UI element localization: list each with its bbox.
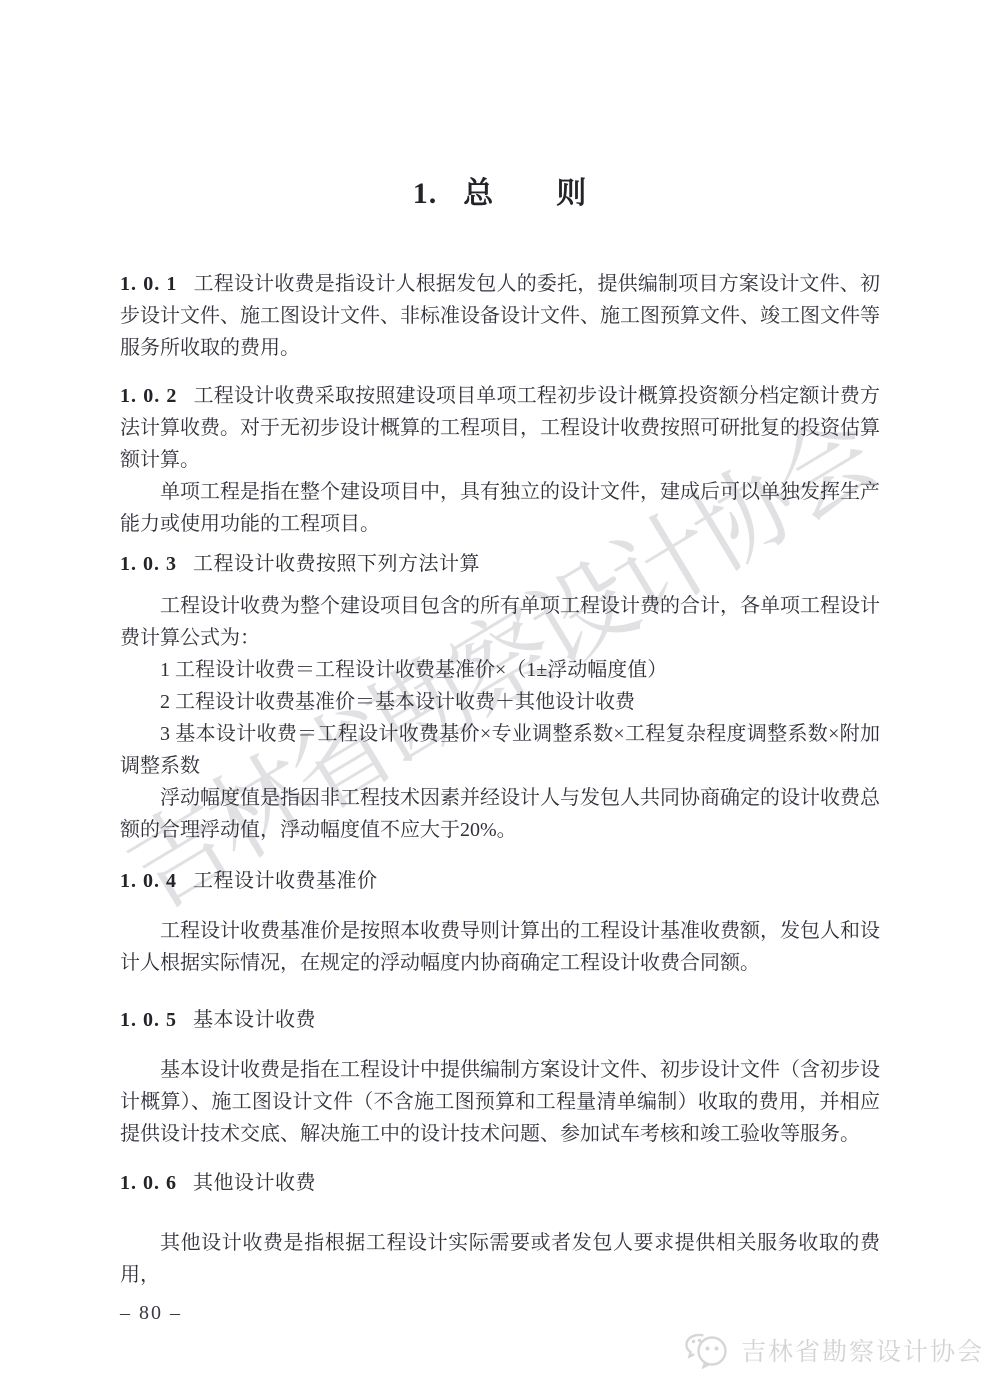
page-number: – 80 – bbox=[120, 1297, 880, 1329]
clause-1-0-5-title: 基本设计收费 bbox=[193, 1009, 316, 1031]
chapter-number: 1. bbox=[413, 177, 438, 210]
clause-1-0-3-title: 工程设计收费按照下列方法计算 bbox=[193, 553, 480, 575]
clause-1-0-3-formula-2: 2 工程设计收费基准价＝基本设计收费＋其他设计收费 bbox=[120, 686, 880, 718]
clause-1-0-4-title: 工程设计收费基准价 bbox=[193, 870, 378, 892]
clause-1-0-3-intro: 工程设计收费为整个建设项目包含的所有单项工程设计费的合计，各单项工程设计费计算公… bbox=[120, 590, 880, 654]
clause-1-0-6-number: 1. 0. 6 bbox=[120, 1172, 177, 1194]
chapter-title-word-2: 则 bbox=[556, 177, 587, 210]
clause-1-0-4-number: 1. 0. 4 bbox=[120, 870, 177, 892]
clause-1-0-4-body: 工程设计收费基准价是按照本收费导则计算出的工程设计基准收费额，发包人和设计人根据… bbox=[120, 915, 880, 979]
clause-1-0-4-heading: 1. 0. 4工程设计收费基准价 bbox=[120, 865, 880, 897]
wechat-logo-icon bbox=[683, 1331, 733, 1369]
footer-brand-bar: 吉林省勘察设计协会 bbox=[683, 1331, 984, 1369]
clause-1-0-2-body: 工程设计收费采取按照建设项目单项工程初步设计概算投资额分档定额计费方法计算收费。… bbox=[120, 385, 880, 471]
clause-1-0-3-note: 浮动幅度值是指因非工程技术因素并经设计人与发包人共同协商确定的设计收费总额的合理… bbox=[120, 782, 880, 846]
clause-1-0-1-number: 1. 0. 1 bbox=[120, 273, 177, 295]
footer-brand-text: 吉林省勘察设计协会 bbox=[741, 1332, 984, 1368]
chapter-title-word-1: 总 bbox=[463, 177, 494, 210]
page-content: 1.总则 1. 0. 1工程设计收费是指设计人根据发包人的委托，提供编制项目方案… bbox=[0, 172, 1000, 1329]
clause-1-0-2-paragraph-2: 单项工程是指在整个建设项目中，具有独立的设计文件，建成后可以单独发挥生产能力或使… bbox=[120, 476, 880, 540]
clause-1-0-5-number: 1. 0. 5 bbox=[120, 1009, 177, 1031]
clause-1-0-6-title: 其他设计收费 bbox=[193, 1172, 316, 1194]
clause-1-0-6-heading: 1. 0. 6其他设计收费 bbox=[120, 1167, 880, 1199]
clause-1-0-5-heading: 1. 0. 5基本设计收费 bbox=[120, 1004, 880, 1036]
clause-1-0-3-heading: 1. 0. 3工程设计收费按照下列方法计算 bbox=[120, 548, 880, 580]
document-page: 吉林省勘察设计协会 1.总则 1. 0. 1工程设计收费是指设计人根据发包人的委… bbox=[0, 0, 1000, 1393]
clause-1-0-5-body: 基本设计收费是指在工程设计中提供编制方案设计文件、初步设计文件（含初步设计概算）… bbox=[120, 1054, 880, 1150]
clause-1-0-2: 1. 0. 2工程设计收费采取按照建设项目单项工程初步设计概算投资额分档定额计费… bbox=[120, 380, 880, 476]
clause-1-0-3-number: 1. 0. 3 bbox=[120, 553, 177, 575]
clause-1-0-3-formula-1: 1 工程设计收费＝工程设计收费基准价×（1±浮动幅度值） bbox=[120, 654, 880, 686]
clause-1-0-6-body: 其他设计收费是指根据工程设计实际需要或者发包人要求提供相关服务收取的费用， bbox=[120, 1227, 880, 1291]
clause-1-0-1: 1. 0. 1工程设计收费是指设计人根据发包人的委托，提供编制项目方案设计文件、… bbox=[120, 268, 880, 364]
clause-1-0-3-formula-3: 3 基本设计收费＝工程设计收费基价×专业调整系数×工程复杂程度调整系数×附加调整… bbox=[120, 718, 880, 782]
clause-1-0-1-body: 工程设计收费是指设计人根据发包人的委托，提供编制项目方案设计文件、初步设计文件、… bbox=[120, 273, 880, 359]
clause-1-0-2-number: 1. 0. 2 bbox=[120, 385, 177, 407]
chapter-title: 1.总则 bbox=[120, 172, 880, 216]
